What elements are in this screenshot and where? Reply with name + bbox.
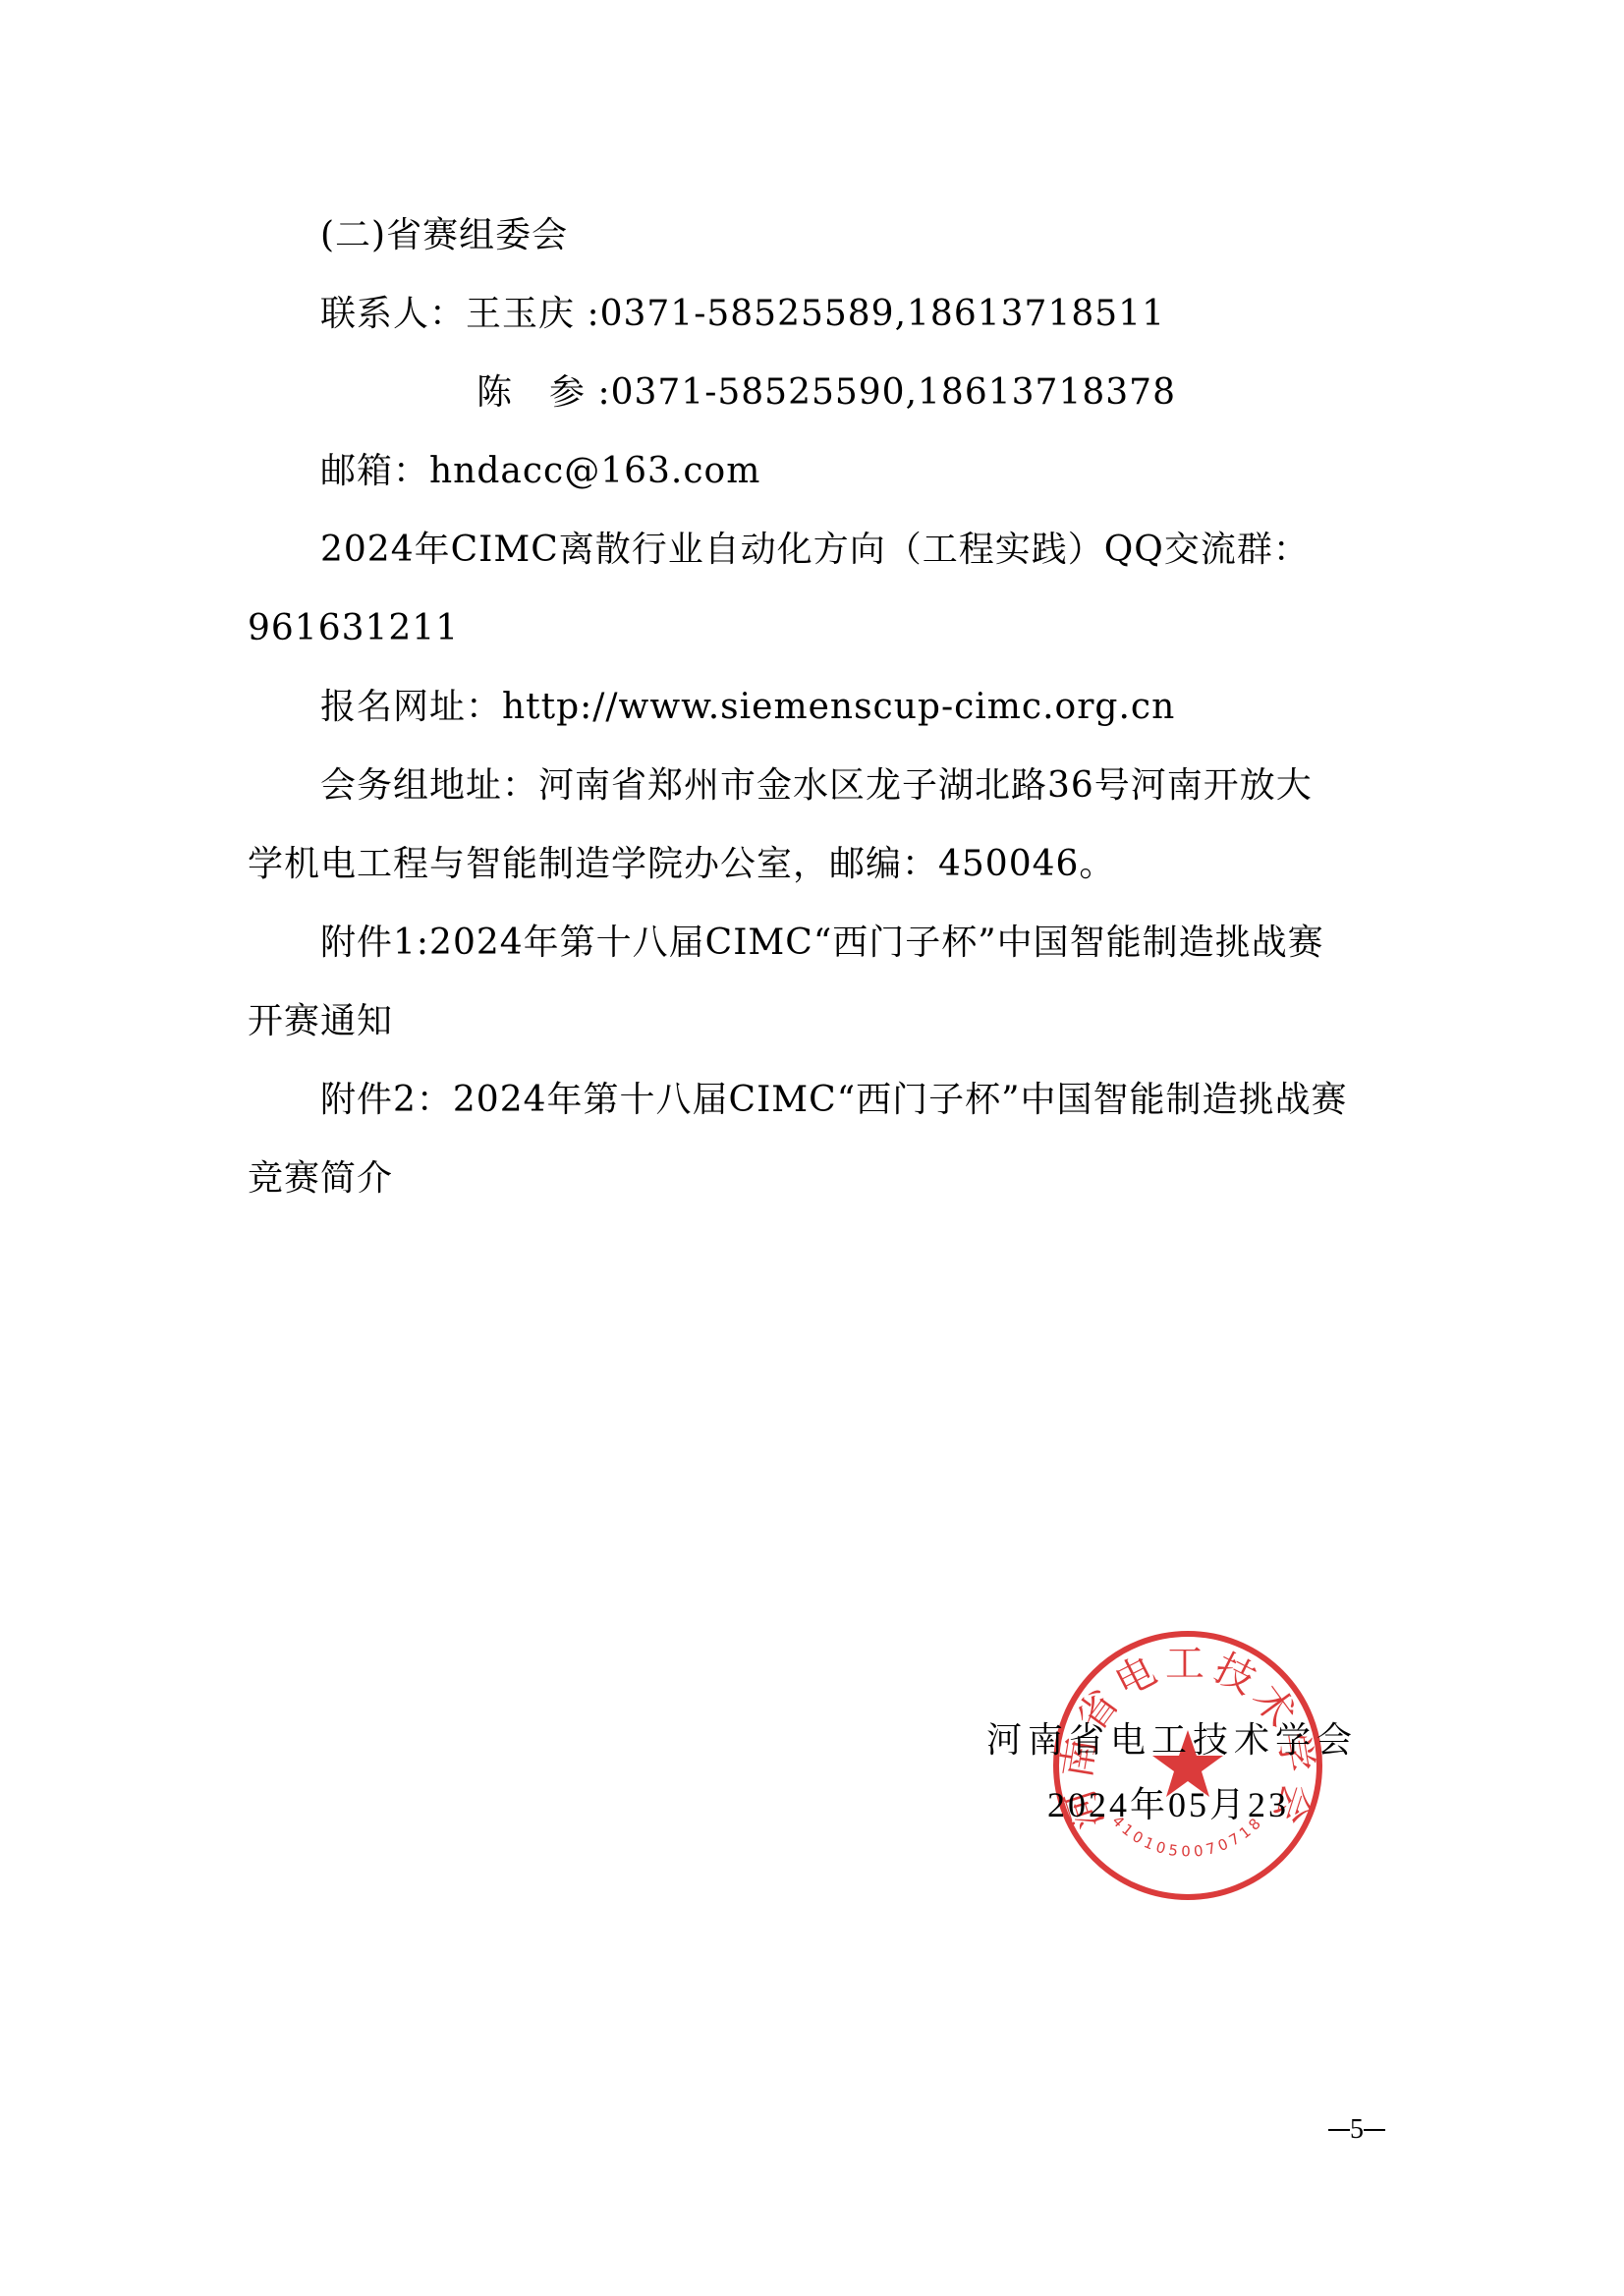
page-number: 5 <box>1328 2114 1385 2146</box>
attachment-2-line-1: 附件2：2024年第十八届CIMC“西门子杯”中国智能制造挑战赛 <box>320 1079 1348 1122</box>
section-heading: (二)省赛组委会 <box>320 214 568 257</box>
attachment-2-line-2: 竞赛简介 <box>248 1157 393 1201</box>
qq-group-number: 961631211 <box>248 607 459 650</box>
registration-url-line: 报名网址：http://www.siemenscup-cimc.org.cn <box>320 686 1175 729</box>
official-seal-icon: 河南省电工技术学会 4101050070718 <box>1048 1626 1327 1905</box>
signature-date: 2024年05月23 <box>1047 1783 1289 1826</box>
email-line: 邮箱：hndacc@163.com <box>320 450 760 493</box>
attachment-1-line-2: 开赛通知 <box>248 1000 393 1043</box>
page-number-value: 5 <box>1350 2114 1364 2146</box>
address-line-1: 会务组地址：河南省郑州市金水区龙子湖北路36号河南开放大 <box>320 764 1313 808</box>
address-line-2: 学机电工程与智能制造学院办公室，邮编：450046。 <box>248 843 1115 886</box>
attachment-1-line-1: 附件1:2024年第十八届CIMC“西门子杯”中国智能制造挑战赛 <box>320 922 1324 965</box>
signature-organization: 河南省电工技术学会 <box>986 1718 1358 1762</box>
contact-line-2: 陈 参 :0371-58525590,18613718378 <box>476 371 1176 415</box>
page-number-dash-right <box>1364 2129 1385 2131</box>
page-number-dash-left <box>1328 2129 1350 2131</box>
qq-group-label: 2024年CIMC离散行业自动化方向（工程实践）QQ交流群： <box>320 529 1310 572</box>
document-page: (二)省赛组委会 联系人：王玉庆 :0371-58525589,18613718… <box>0 0 1624 2296</box>
contact-line-1: 联系人：王玉庆 :0371-58525589,18613718511 <box>320 293 1165 336</box>
